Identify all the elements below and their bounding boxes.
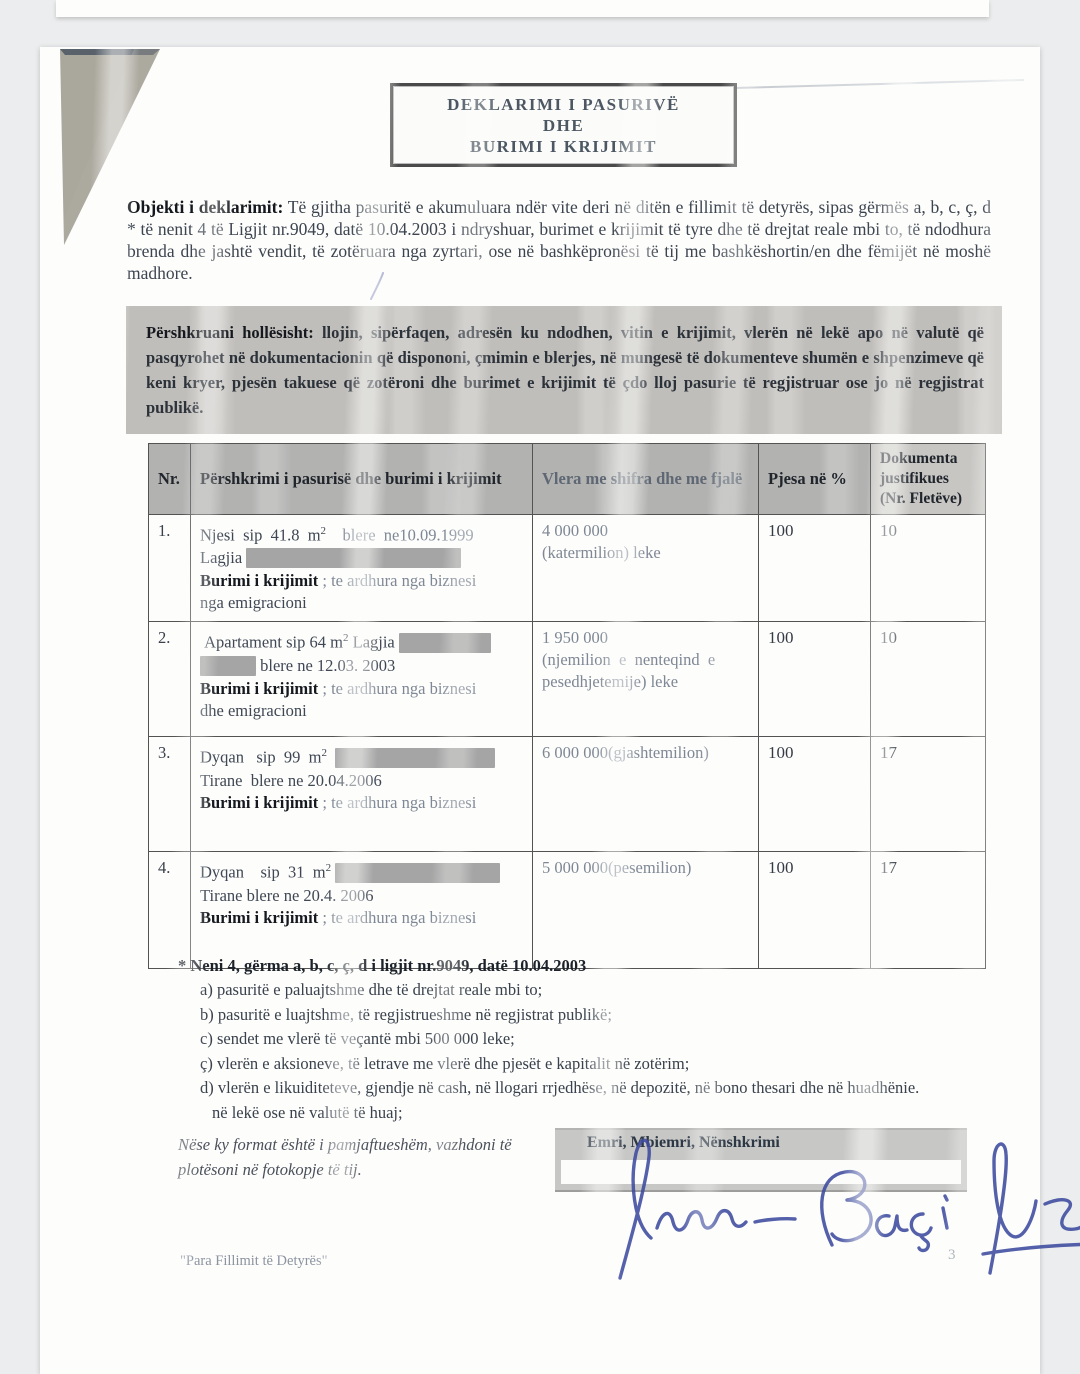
description-line: Njesi sip 41.8 m2 blere ne10.09.1999 [200, 520, 523, 547]
signature-label: Emri, Mbiemri, Nënshkrimi [587, 1134, 780, 1152]
text-segment [327, 748, 335, 767]
value-line: (njemilion e nenteqind e [542, 649, 749, 671]
row-number-cell: 2. [149, 622, 191, 737]
title-box: DEKLARIMI I PASURIVË DHE BURIMI I KRIJIM… [390, 83, 737, 167]
redaction-box [246, 548, 461, 568]
redaction-box [335, 748, 495, 768]
footnote-item: c) sendet me vlerë të veçantë mbi 500 00… [200, 1027, 978, 1052]
text-segment: ; te ardhura nga biznesi [318, 571, 476, 590]
closing-note: Nëse ky format është i pamjaftueshëm, va… [178, 1132, 518, 1182]
value-cell: 4 000 000(katermilion) leke [533, 515, 759, 622]
description-line: Burimi i krijimit ; te ardhura nga bizne… [200, 792, 523, 814]
documents-cell: 10 [871, 515, 986, 622]
text-segment: ; te ardhura nga biznesi [318, 908, 476, 927]
instructions-box: Përshkruani hollësisht: llojin, sipërfaq… [126, 306, 1002, 434]
asset-row-3: 3.Dyqan sip 99 m2 Tirane blere ne 20.04.… [149, 737, 986, 852]
share-percent-cell: 100 [759, 737, 871, 852]
previous-page-edge [56, 0, 989, 17]
value-line: 5 000 000(pesemilion) [542, 857, 749, 879]
footnote-item: d) vlerën e likuiditeteve, gjendje në ca… [200, 1076, 978, 1101]
scan-streak-line [734, 79, 1024, 89]
asset-row-1: 1.Njesi sip 41.8 m2 blere ne10.09.1999La… [149, 515, 986, 622]
share-percent-cell: 100 [759, 622, 871, 737]
text-segment: Dyqan sip 31 m [200, 863, 326, 882]
asset-row-2: 2. Apartament sip 64 m2 Lagjia blere ne … [149, 622, 986, 737]
description-cell: Njesi sip 41.8 m2 blere ne10.09.1999Lagj… [191, 515, 533, 622]
row-number-cell: 4. [149, 852, 191, 969]
text-segment: ; te ardhura nga biznesi [318, 679, 476, 698]
value-line: 4 000 000 [542, 520, 749, 542]
page-number: 3 [948, 1247, 956, 1264]
value-line: 6 000 000(gjashtemilion) [542, 742, 749, 764]
documents-cell: 17 [871, 737, 986, 852]
value-cell: 1 950 000(njemilion e nenteqind epesedhj… [533, 622, 759, 737]
description-cell: Dyqan sip 31 m2 Tirane blere ne 20.4. 20… [191, 852, 533, 969]
text-segment: Burimi i krijimit [200, 679, 318, 698]
footnote-item: në lekë ose në valutë të huaj; [212, 1101, 978, 1126]
instructions-label: Përshkruani hollësisht: [146, 323, 314, 342]
description-line: Burimi i krijimit ; te ardhura nga bizne… [200, 570, 523, 592]
column-header-3: Vlera me shifra dhe me fjalë [533, 444, 759, 515]
redaction-box [200, 656, 256, 676]
description-cell: Apartament sip 64 m2 Lagjia blere ne 12.… [191, 622, 533, 737]
row-number-cell: 1. [149, 515, 191, 622]
pen-mark [368, 271, 388, 306]
text-segment: ; te ardhura nga biznesi [318, 793, 476, 812]
document-title-line-3: BURIMI I KRIJIMIT [470, 136, 657, 157]
footnote-item: b) pasuritë e luajtshme, të regjistruesh… [200, 1003, 978, 1028]
description-line: dhe emigracioni [200, 700, 523, 722]
text-segment: Tirane blere ne 20.04.2006 [200, 771, 382, 790]
redaction-box [399, 633, 491, 653]
column-header-1: Nr. [149, 444, 191, 515]
text-segment: nga emigracioni [200, 593, 307, 612]
text-segment: Dyqan sip 99 m [200, 748, 321, 767]
value-cell: 5 000 000(pesemilion) [533, 852, 759, 969]
document-title-line-2: DHE [543, 115, 584, 136]
description-line: Lagjia [200, 547, 523, 570]
document-title-line-1: DEKLARIMI I PASURIVË [447, 94, 680, 115]
value-line: pesedhjetemije) leke [542, 671, 749, 693]
footnote-title: * Neni 4, gërma a, b, c, ç, d i ligjit n… [178, 953, 978, 978]
redaction-box [335, 863, 500, 883]
footnote-item: ç) vlerën e aksioneve, të letrave me vle… [200, 1052, 978, 1077]
value-line: 1 950 000 [542, 627, 749, 649]
text-segment: Tirane blere ne 20.4. 2006 [200, 886, 374, 905]
row-number-cell: 3. [149, 737, 191, 852]
share-percent-cell: 100 [759, 852, 871, 969]
text-segment: Burimi i krijimit [200, 571, 318, 590]
value-cell: 6 000 000(gjashtemilion) [533, 737, 759, 852]
footnote-item: a) pasuritë e paluajtshme dhe të drejtat… [200, 978, 978, 1003]
text-segment: Apartament sip 64 m [200, 633, 343, 652]
description-line: Tirane blere ne 20.4. 2006 [200, 885, 523, 907]
text-segment: blere ne 12.03. 2003 [256, 656, 395, 675]
assets-table: Nr.Përshkrimi i pasurisë dhe burimi i kr… [148, 443, 986, 969]
description-line: Burimi i krijimit ; te ardhura nga bizne… [200, 907, 523, 929]
column-header-2: Përshkrimi i pasurisë dhe burimi i kriji… [191, 444, 533, 515]
text-segment: Burimi i krijimit [200, 793, 318, 812]
scanned-document-viewer: { "document": { "title_lines": ["DEKLARI… [0, 0, 1080, 1374]
description-line: Burimi i krijimit ; te ardhura nga bizne… [200, 678, 523, 700]
share-percent-cell: 100 [759, 515, 871, 622]
signature-field [561, 1160, 961, 1184]
assets-table-header: Nr.Përshkrimi i pasurisë dhe burimi i kr… [149, 444, 986, 515]
text-segment: Lagjia [348, 633, 398, 652]
description-line: Apartament sip 64 m2 Lagjia [200, 627, 523, 655]
description-cell: Dyqan sip 99 m2 Tirane blere ne 20.04.20… [191, 737, 533, 852]
column-header-4: Pjesa në % [759, 444, 871, 515]
footnote-block: * Neni 4, gërma a, b, c, ç, d i ligjit n… [178, 953, 978, 1125]
column-header-5: Dokumenta justifikues (Nr. Fletëve) [871, 444, 986, 515]
document-page: DEKLARIMI I PASURIVË DHE BURIMI I KRIJIM… [40, 47, 1040, 1374]
text-segment: blere ne10.09.1999 [326, 526, 474, 545]
text-segment: Lagjia [200, 548, 246, 567]
documents-cell: 10 [871, 622, 986, 737]
asset-row-4: 4.Dyqan sip 31 m2 Tirane blere ne 20.4. … [149, 852, 986, 969]
declaration-object-paragraph: Objekti i deklarimit: Të gjitha pasuritë… [127, 196, 991, 284]
footer-quote: "Para Fillimit të Detyrës" [180, 1253, 328, 1270]
documents-cell: 17 [871, 852, 986, 969]
text-segment: dhe emigracioni [200, 701, 307, 720]
description-line: blere ne 12.03. 2003 [200, 655, 523, 678]
text-segment: Njesi sip 41.8 m [200, 526, 321, 545]
signature-band: Emri, Mbiemri, Nënshkrimi [555, 1128, 967, 1192]
description-line: nga emigracioni [200, 592, 523, 614]
description-line: Dyqan sip 31 m2 [200, 857, 523, 885]
description-line: Tirane blere ne 20.04.2006 [200, 770, 523, 792]
value-line: (katermilion) leke [542, 542, 749, 564]
declaration-object-label: Objekti i deklarimit: [127, 197, 283, 217]
text-segment: Burimi i krijimit [200, 908, 318, 927]
description-line: Dyqan sip 99 m2 [200, 742, 523, 770]
